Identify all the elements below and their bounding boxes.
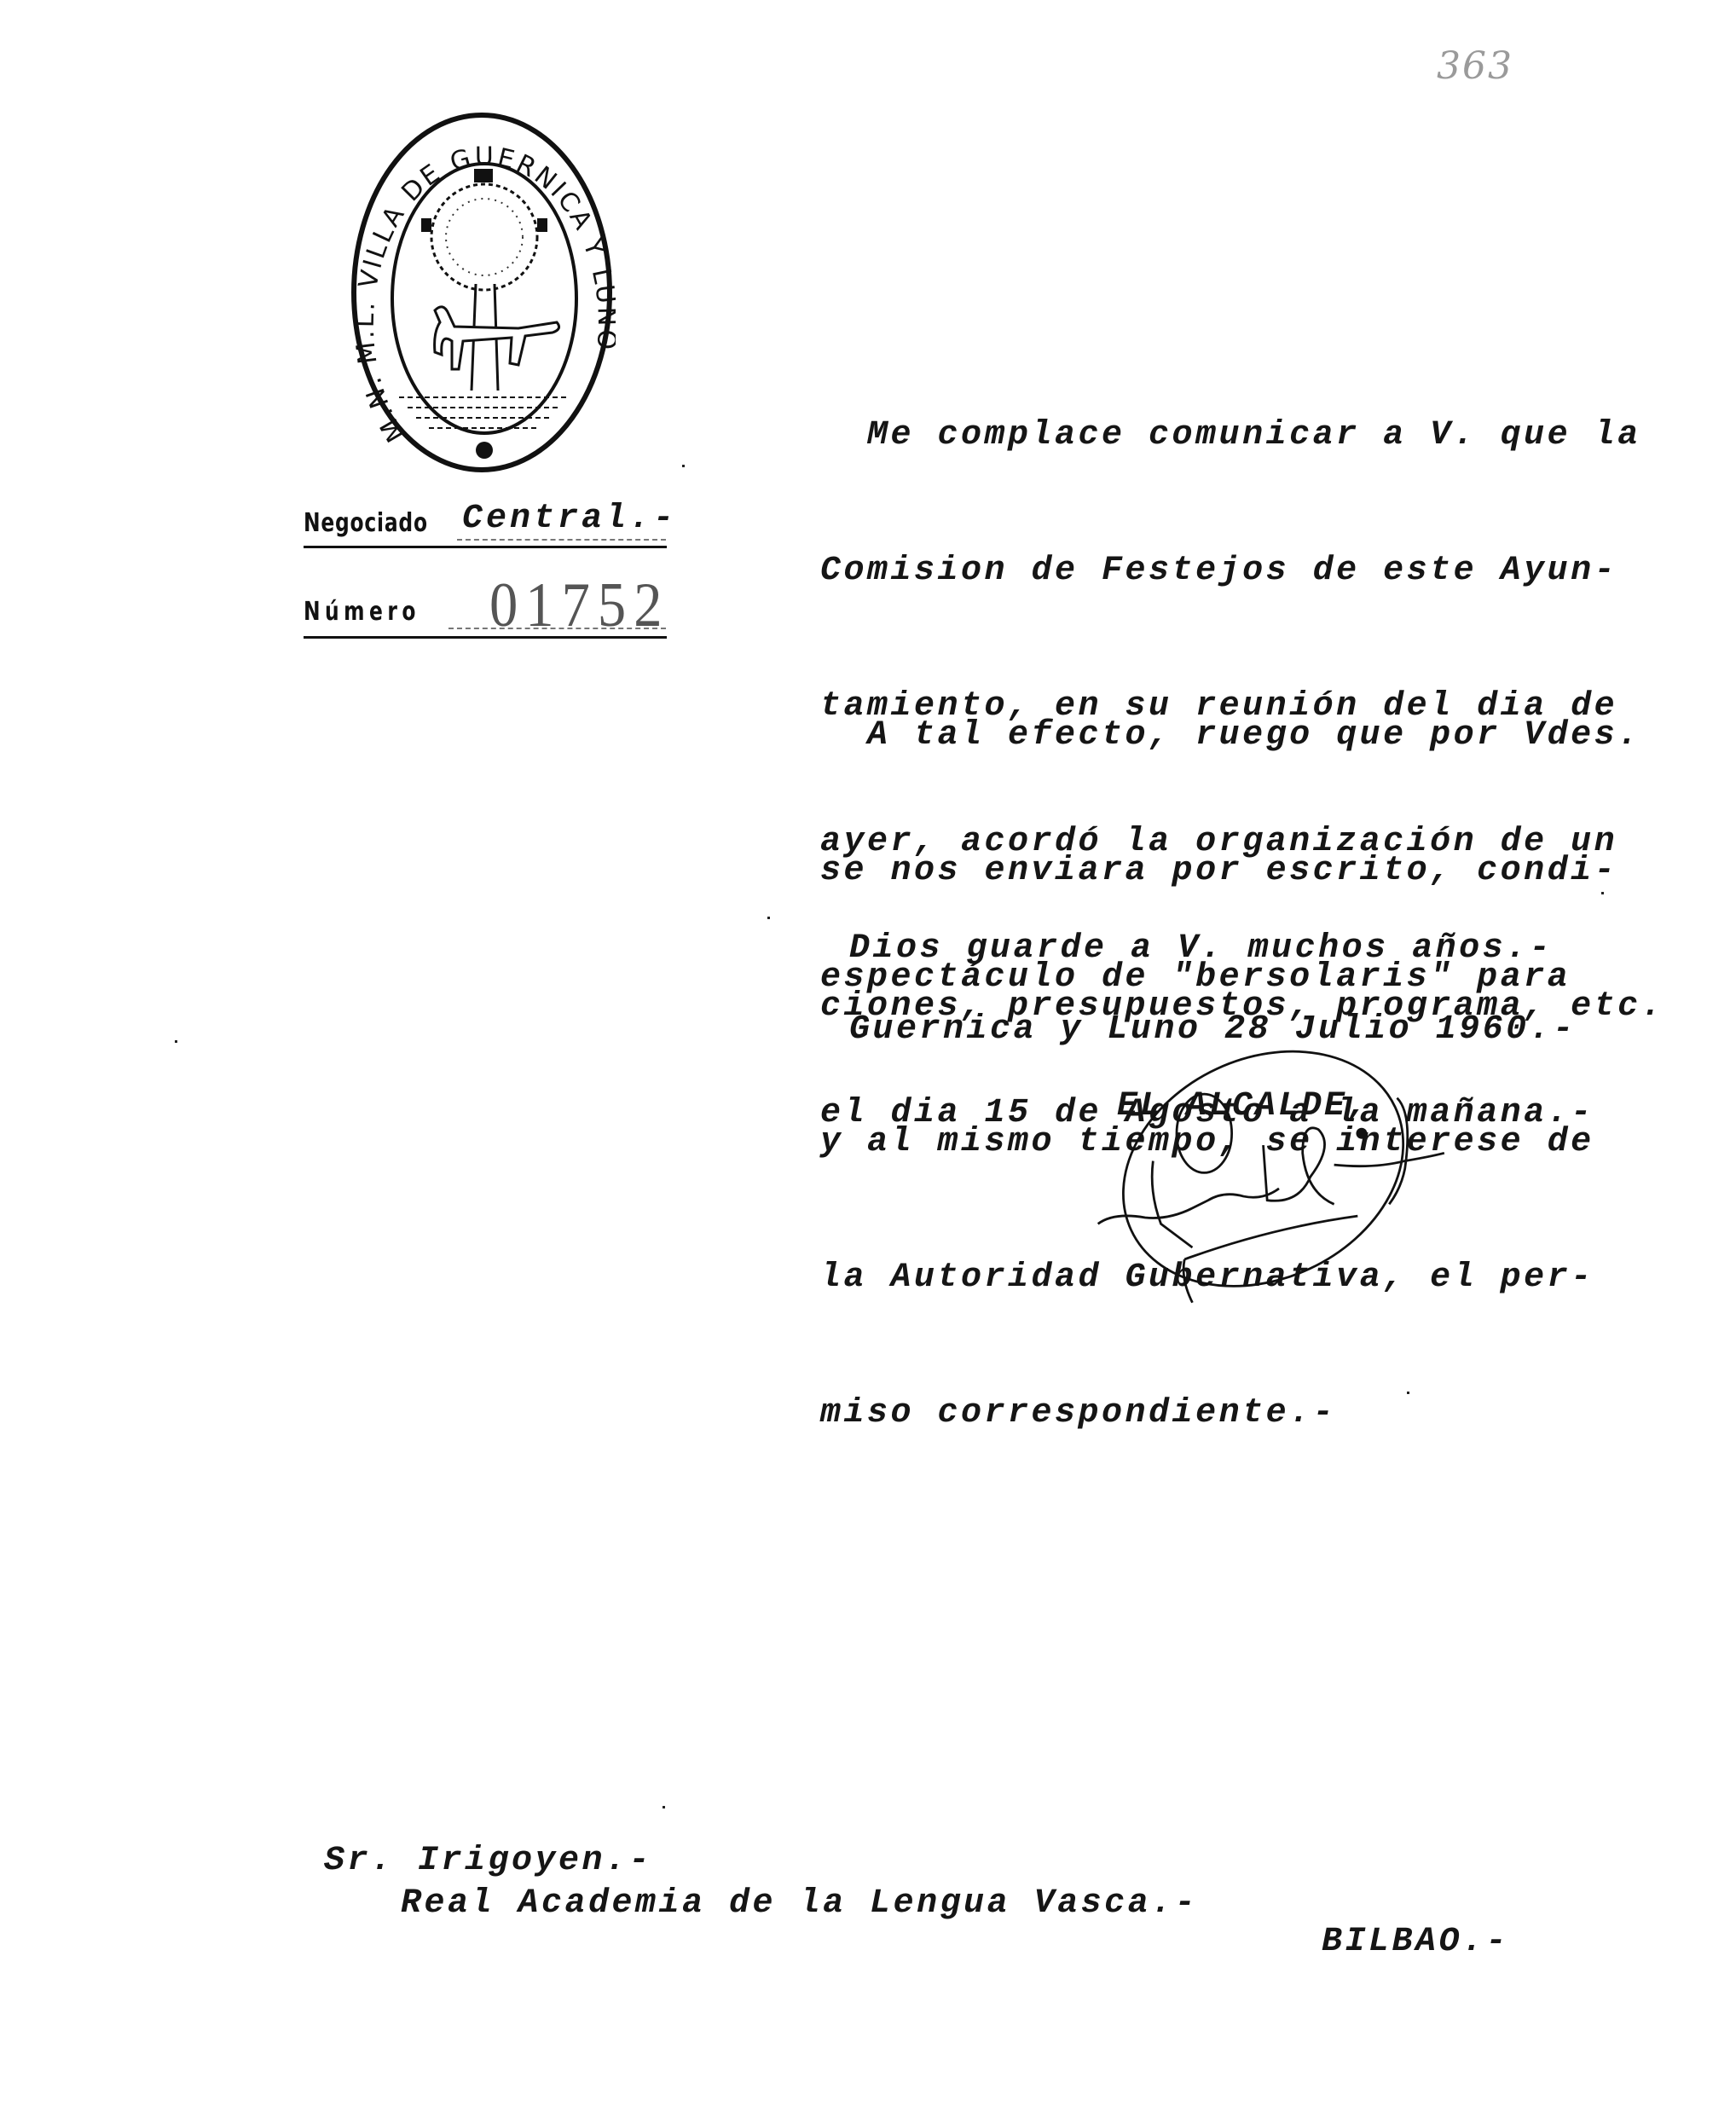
negociado-value: Central.- — [462, 500, 677, 538]
negociado-field: Negociado Central.- — [304, 505, 670, 547]
numero-field: Número 01752 — [304, 588, 670, 639]
recipient-city: BILBAO.- — [1322, 1923, 1509, 1961]
numero-rule — [304, 636, 667, 639]
body-line: Me complace comunicar a V. que la — [820, 413, 1733, 458]
municipal-seal-icon: M.N. M.L. VILLA DE GUERNICA Y LUNO — [348, 109, 616, 476]
scan-speck — [663, 1806, 665, 1808]
recipient-name: Sr. Irigoyen.- — [324, 1842, 652, 1880]
scan-speck — [1407, 1392, 1409, 1394]
recipient-institution: Real Academia de la Lengua Vasca.- — [401, 1884, 1198, 1923]
letter-page: 363 M.N. M.L. VILLA DE GUERNICA Y LUNO N… — [0, 0, 1736, 2118]
signature-icon — [1074, 1023, 1484, 1330]
negociado-label: Negociado — [304, 508, 428, 538]
negociado-dotted-line — [457, 539, 666, 541]
scan-speck — [1601, 892, 1604, 894]
folio-number: 363 — [1437, 44, 1513, 88]
body-line: A tal efecto, ruego que por Vdes. — [820, 713, 1733, 758]
numero-label: Número — [304, 597, 420, 627]
body-line: se nos enviara por escrito, condi- — [820, 848, 1733, 894]
scan-speck — [175, 1040, 177, 1043]
salutation: Dios guarde a V. muchos años.- — [849, 929, 1553, 968]
body-line: miso correspondiente.- — [820, 1391, 1733, 1436]
numero-value: 01752 — [489, 570, 670, 642]
body-line: Comision de Festejos de este Ayun- — [820, 548, 1733, 593]
scan-speck — [767, 917, 770, 919]
negociado-rule — [304, 546, 667, 548]
scan-speck — [682, 465, 685, 467]
